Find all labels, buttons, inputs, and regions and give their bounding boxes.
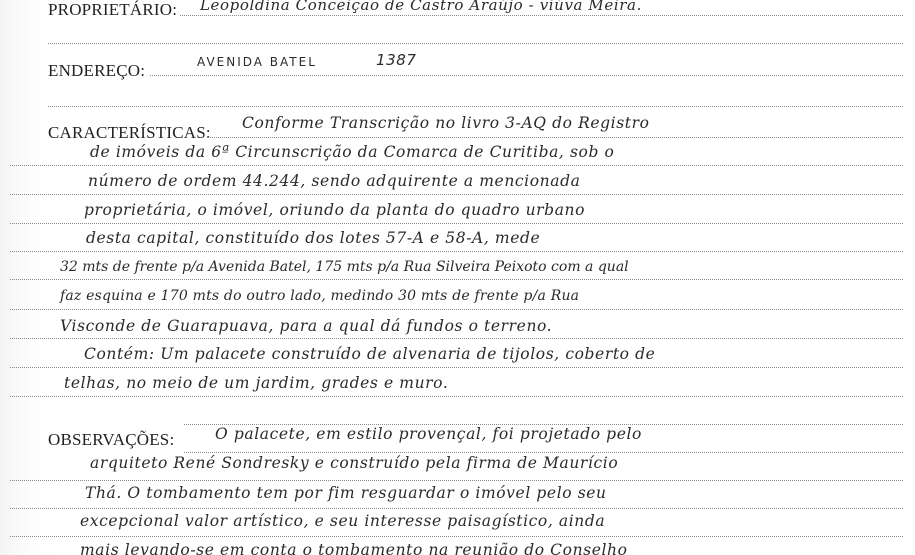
- handwritten-line: O palacete, em estilo provençal, foi pro…: [215, 425, 642, 443]
- dotted-line: [48, 106, 903, 107]
- dotted-line: [48, 43, 903, 44]
- handwritten-line: Conforme Transcrição no livro 3-AQ do Re…: [242, 114, 650, 132]
- handwritten-line: telhas, no meio de um jardim, grades e m…: [64, 374, 448, 392]
- handwritten-line: Thá. O tombamento tem por fim resguardar…: [85, 484, 607, 502]
- handwritten-line: Visconde de Guarapuava, para a qual dá f…: [60, 317, 552, 335]
- field-label-observacoes: OBSERVAÇÕES:: [48, 430, 174, 450]
- handwritten-street-number: 1387: [376, 51, 417, 69]
- dotted-line: [10, 367, 903, 368]
- dotted-line: [10, 194, 903, 195]
- handwritten-line: excepcional valor artístico, e seu inter…: [80, 512, 605, 530]
- dotted-line: [184, 452, 903, 453]
- dotted-line: [10, 338, 903, 339]
- dotted-line: [10, 508, 903, 509]
- dotted-line: [10, 223, 903, 224]
- handwritten-line: Contém: Um palacete construído de alvena…: [84, 345, 655, 363]
- handwritten-street: AVENIDA BATEL: [197, 55, 317, 69]
- dotted-line: [10, 396, 903, 397]
- dotted-line: [10, 480, 903, 481]
- handwritten-line: faz esquina e 170 mts do outro lado, med…: [60, 288, 579, 304]
- field-label-proprietario: PROPRIETÁRIO:: [48, 0, 177, 20]
- heritage-registry-form: PROPRIETÁRIO: Leopoldina Conceição de Ca…: [0, 0, 915, 555]
- dotted-line: [180, 15, 903, 16]
- handwritten-line: número de ordem 44.244, sendo adquirente…: [88, 172, 580, 190]
- field-label-caracteristicas: CARACTERÍSTICAS:: [48, 123, 211, 143]
- handwritten-line: desta capital, constituído dos lotes 57-…: [86, 229, 540, 247]
- handwritten-line: 32 mts de frente p/a Avenida Batel, 175 …: [60, 259, 629, 275]
- handwritten-line: arquiteto René Sondresky e construído pe…: [90, 454, 618, 472]
- handwritten-owner: Leopoldina Conceição de Castro Araújo - …: [200, 0, 642, 14]
- handwritten-line: de imóveis da 6ª Circunscrição da Comarc…: [90, 143, 614, 161]
- dotted-line: [10, 309, 903, 310]
- handwritten-line: mais levando-se em conta o tombamento na…: [80, 541, 628, 555]
- dotted-line: [10, 536, 903, 537]
- handwritten-line: proprietária, o imóvel, oriundo da plant…: [84, 201, 585, 219]
- field-label-endereco: ENDEREÇO:: [48, 61, 145, 81]
- dotted-line: [10, 251, 903, 252]
- dotted-line: [10, 165, 903, 166]
- dotted-line: [150, 75, 903, 76]
- dotted-line: [208, 137, 903, 138]
- dotted-line: [10, 279, 903, 280]
